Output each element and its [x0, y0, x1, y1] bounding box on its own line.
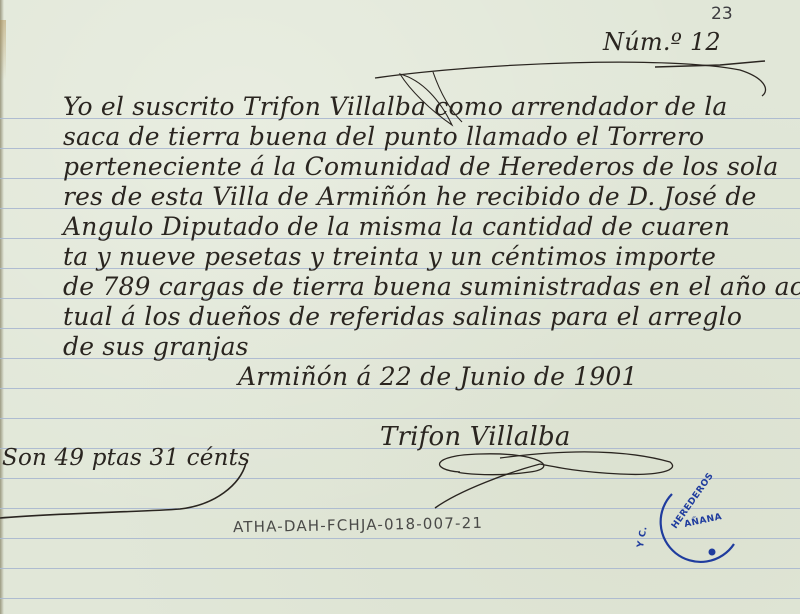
body-line-4: res de esta Villa de Armiñón he recibido…: [63, 182, 757, 212]
ruled-line: [0, 598, 800, 599]
folio-number: 23: [711, 4, 733, 24]
body-line-6: ta y nueve pesetas y treinta y un céntim…: [63, 242, 716, 272]
heirs-stamp: HEREDEROS AÑANA Y C.: [620, 484, 740, 574]
archive-reference: ATHA-DAH-FCHJA-018-007-21: [233, 514, 483, 536]
body-line-9: de sus granjas: [63, 332, 249, 362]
body-line-2: saca de tierra buena del punto llamado e…: [63, 122, 704, 152]
document-page: 23 Núm.º 12 Yo el suscrito Trifon Villal…: [0, 0, 800, 614]
body-line-8: tual á los dueños de referidas salinas p…: [63, 302, 742, 332]
body-line-7: de 789 cargas de tierra buena suministra…: [63, 272, 800, 302]
place-date: Armiñón á 22 de Junio de 1901: [238, 362, 638, 392]
body-line-1: Yo el suscrito Trifon Villalba como arre…: [63, 92, 783, 122]
document-number: Núm.º 12: [603, 28, 721, 56]
paper-stain: [0, 20, 6, 80]
body-line-5: Angulo Diputado de la misma la cantidad …: [63, 212, 730, 242]
signature: Trifon Villalba: [380, 422, 571, 452]
stamp-circle: [620, 484, 740, 574]
ruled-line: [0, 418, 800, 419]
body-line-3: perteneciente á la Comunidad de Heredero…: [63, 152, 778, 182]
margin-note-flourish: [0, 455, 260, 525]
